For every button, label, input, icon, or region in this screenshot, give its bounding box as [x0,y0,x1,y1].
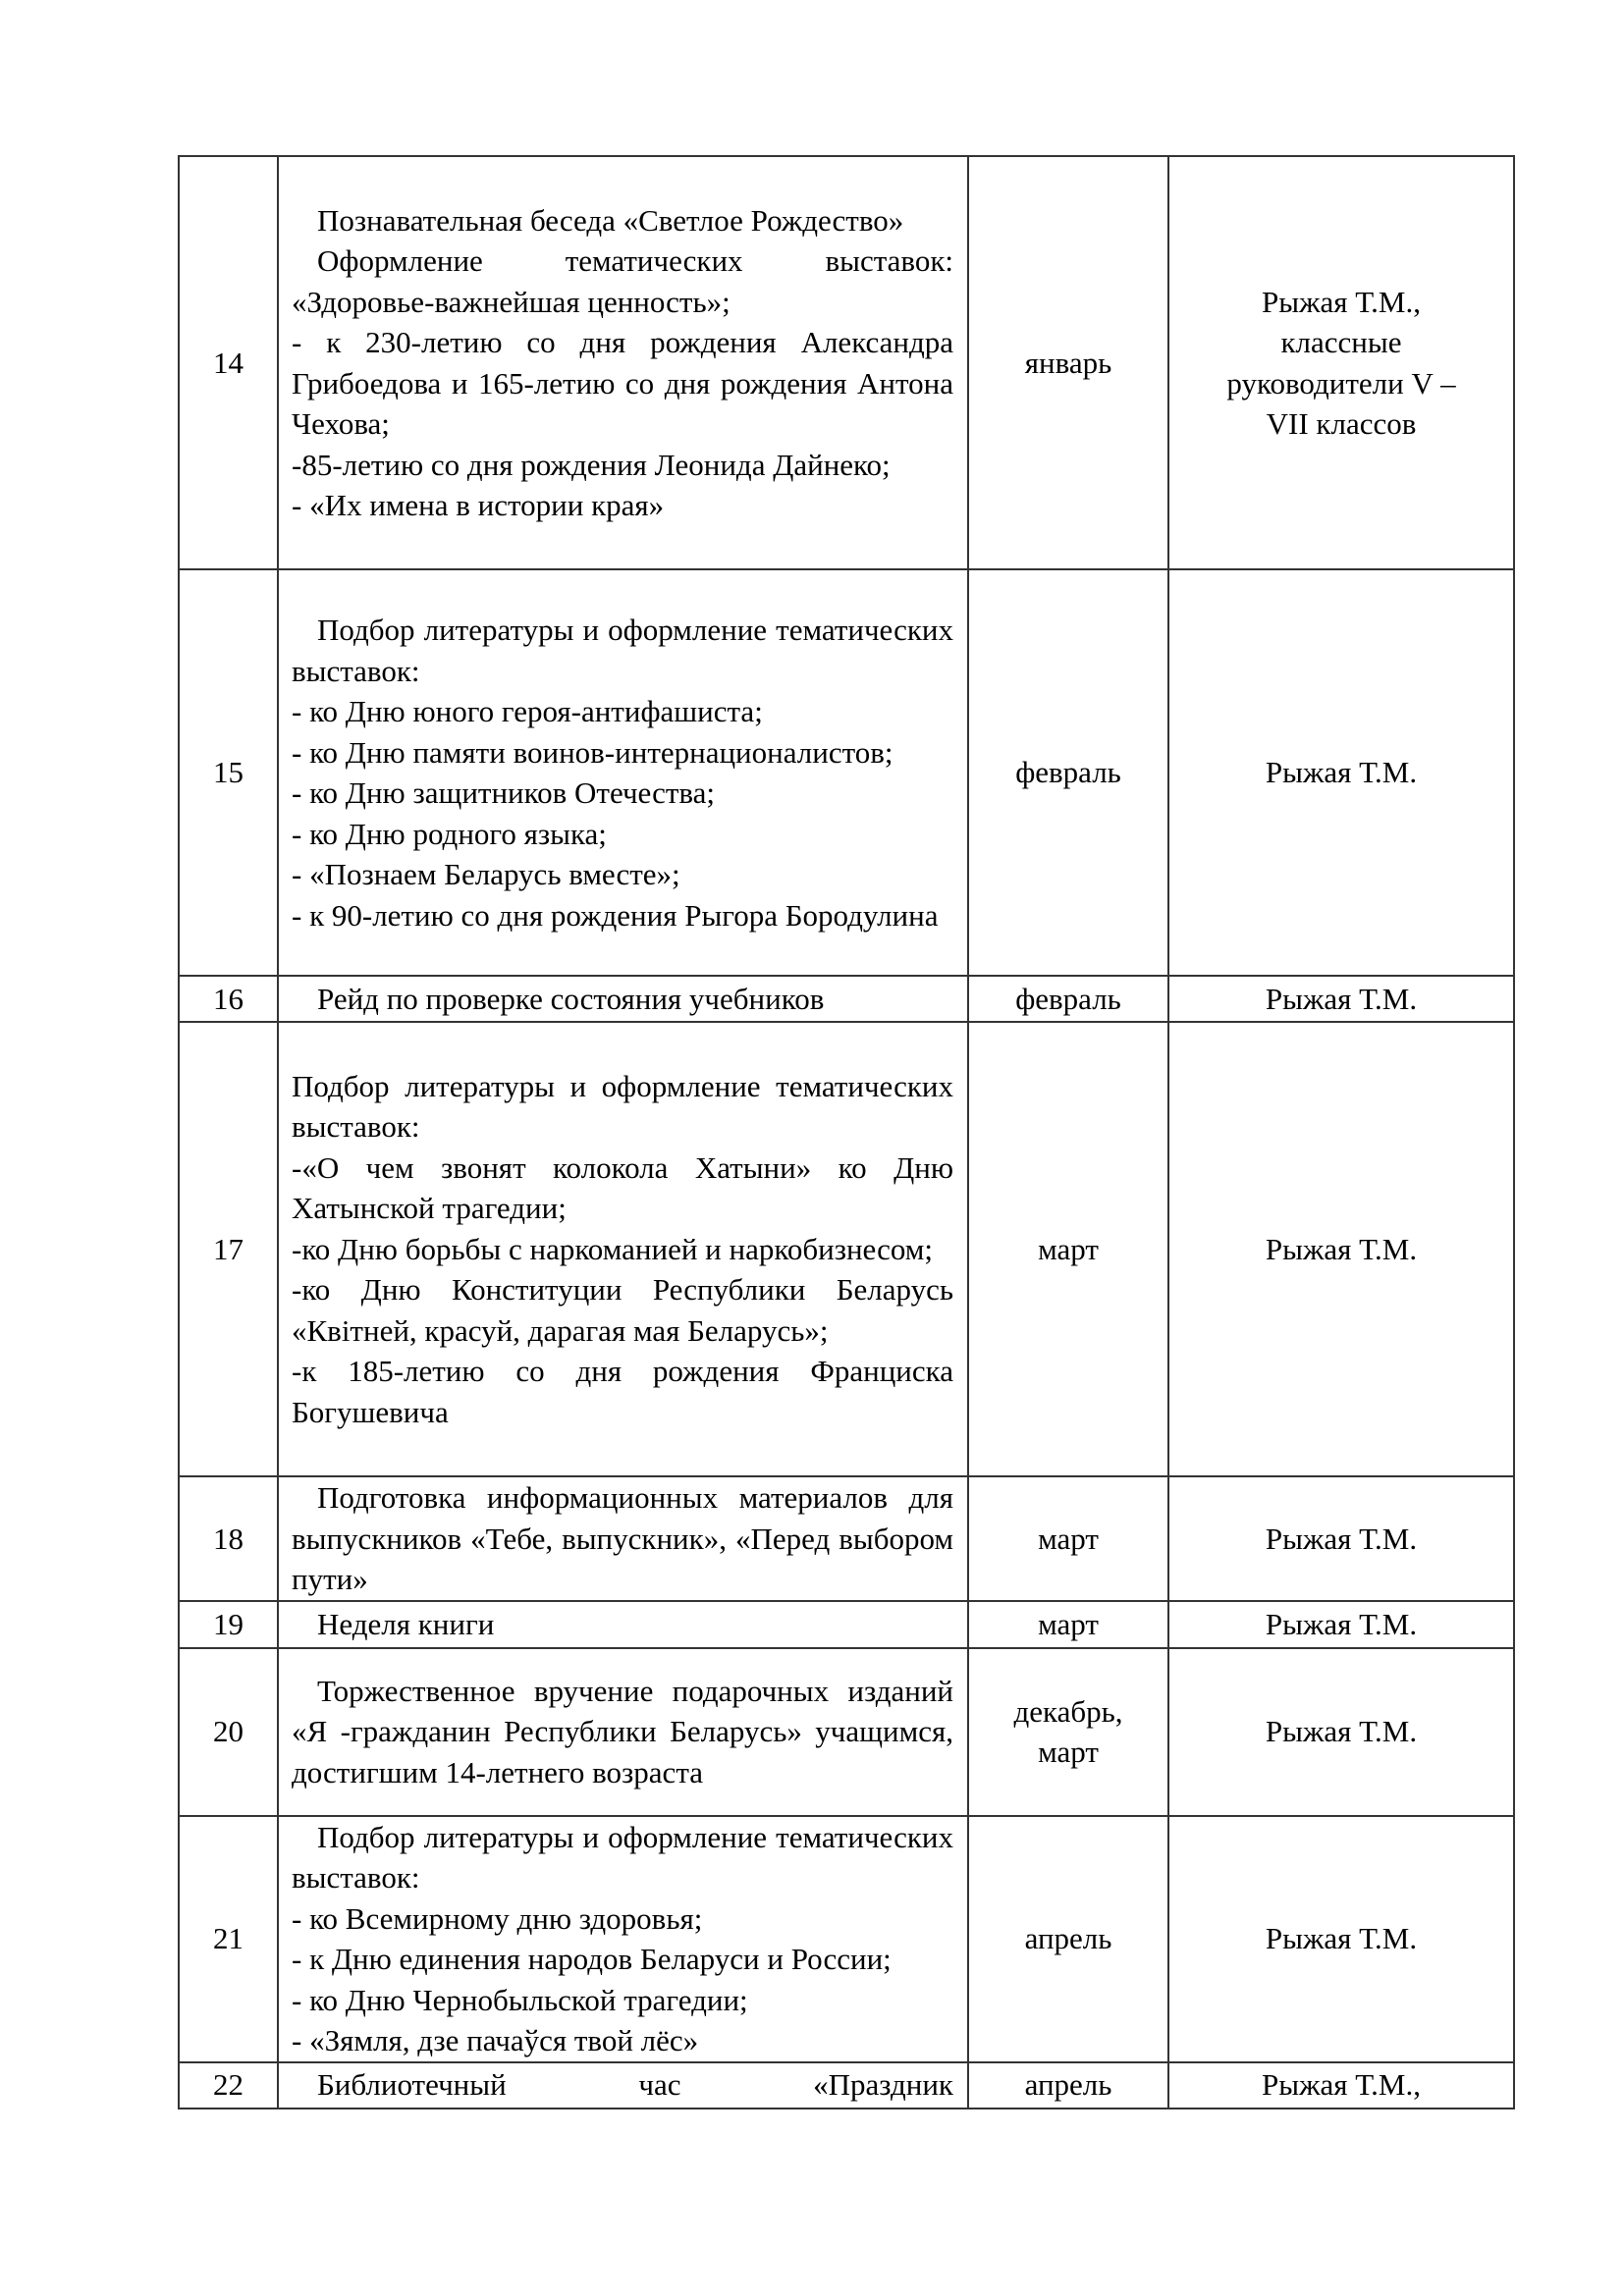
event-description-paragraph: -85-летию со дня рождения Леонида Дайнек… [292,445,953,486]
responsible-person-cell: Рыжая Т.М. [1168,1476,1514,1601]
row-number-cell: 20 [179,1648,278,1816]
events-plan-table: 14 Познавательная беседа «Светлое Рождес… [178,155,1515,2109]
event-description-paragraph: Торжественное вручение подарочных издани… [292,1671,953,1793]
event-date-cell: март [968,1476,1168,1601]
event-description-cell: Подбор литературы и оформление тематичес… [278,569,968,976]
row-number-cell: 16 [179,976,278,1022]
event-description-cell: Подбор литературы и оформление тематичес… [278,1022,968,1476]
responsible-person: Рыжая Т.М. [1181,1604,1501,1645]
event-description-cell: Познавательная беседа «Светлое Рождество… [278,156,968,569]
event-description-paragraph: Библиотечный час «Праздник [292,2064,953,2106]
event-description-paragraph: - к 230-летию со дня рождения Александра… [292,322,953,445]
table-row: 21 Подбор литературы и оформление темати… [179,1816,1514,2062]
event-date-cell: апрель [968,1816,1168,2062]
event-description-paragraph: - ко Дню защитников Отечества; [292,773,953,814]
event-date-cell: декабрь,март [968,1648,1168,1816]
responsible-person: руководители V – [1181,363,1501,404]
table-body: 14 Познавательная беседа «Светлое Рождес… [179,156,1514,2109]
responsible-person: Рыжая Т.М. [1181,979,1501,1020]
event-date: март [981,1732,1156,1773]
event-date-cell: апрель [968,2062,1168,2109]
event-date-cell: март [968,1601,1168,1648]
event-description-paragraph: Оформление тематических выставок: «Здоро… [292,240,953,322]
event-description-paragraph: -к 185-летию со дня рождения Франциска Б… [292,1351,953,1432]
event-description-paragraph: - ко Дню юного героя-антифашиста; [292,691,953,732]
event-description-paragraph: - к Дню единения народов Беларуси и Росс… [292,1939,953,1980]
row-number: 14 [213,346,244,380]
event-description-paragraph: Неделя книги [292,1604,953,1645]
event-description-paragraph: - ко Дню Чернобыльской трагедии; [292,1980,953,2021]
table-row: 14 Познавательная беседа «Светлое Рождес… [179,156,1514,569]
responsible-person-cell: Рыжая Т.М. [1168,569,1514,976]
responsible-person: классные [1181,322,1501,363]
event-date: апрель [981,1918,1156,1959]
event-date: февраль [981,979,1156,1020]
event-description-paragraph: - ко Всемирному дню здоровья; [292,1898,953,1940]
event-description-paragraph: Подбор литературы и оформление тематичес… [292,610,953,691]
event-description-paragraph: - ко Дню памяти воинов-интернационалисто… [292,732,953,774]
table-row: 15 Подбор литературы и оформление темати… [179,569,1514,976]
responsible-person-cell: Рыжая Т.М., [1168,2062,1514,2109]
responsible-person: VII классов [1181,403,1501,445]
responsible-person-cell: Рыжая Т.М. [1168,1601,1514,1648]
event-description-paragraph: -«О чем звонят колокола Хатыни» ко Дню Х… [292,1148,953,1229]
row-number-cell: 22 [179,2062,278,2109]
row-number: 19 [213,1607,244,1641]
responsible-person: Рыжая Т.М. [1181,1711,1501,1752]
event-date-cell: март [968,1022,1168,1476]
event-description-cell: Неделя книги [278,1601,968,1648]
event-description-paragraph: Подготовка информационных материалов для… [292,1477,953,1600]
event-date: апрель [981,2064,1156,2106]
event-description-paragraph: -ко Дню борьбы с наркоманией и наркобизн… [292,1229,953,1270]
event-description-cell: Подготовка информационных материалов для… [278,1476,968,1601]
event-date-cell: февраль [968,569,1168,976]
row-number: 17 [213,1232,244,1266]
event-description-cell: Торжественное вручение подарочных издани… [278,1648,968,1816]
responsible-person: Рыжая Т.М. [1181,1918,1501,1959]
event-description-paragraph: - «Их имена в истории края» [292,485,953,526]
event-description-cell: Рейд по проверке состояния учебников [278,976,968,1022]
responsible-person: Рыжая Т.М. [1181,752,1501,793]
event-date: декабрь, [981,1691,1156,1733]
responsible-person: Рыжая Т.М. [1181,1519,1501,1560]
table-row: 22 Библиотечный час «Праздник апрель Рыж… [179,2062,1514,2109]
event-date-cell: февраль [968,976,1168,1022]
event-description-paragraph: - «Зямля, дзе пачаўся твой лёс» [292,2020,953,2061]
table-row: 18 Подготовка информационных материалов … [179,1476,1514,1601]
event-date: март [981,1229,1156,1270]
row-number-cell: 18 [179,1476,278,1601]
responsible-person: Рыжая Т.М. [1181,1229,1501,1270]
event-date-cell: январь [968,156,1168,569]
event-date: февраль [981,752,1156,793]
row-number-cell: 15 [179,569,278,976]
event-date: январь [981,343,1156,384]
row-number: 20 [213,1714,244,1748]
responsible-person-cell: Рыжая Т.М.,классныеруководители V –VII к… [1168,156,1514,569]
table-row: 20 Торжественное вручение подарочных изд… [179,1648,1514,1816]
event-description-paragraph: - «Познаем Беларусь вместе»; [292,854,953,895]
event-description-paragraph: - к 90-летию со дня рождения Рыгора Боро… [292,895,953,936]
event-description-paragraph: Познавательная беседа «Светлое Рождество… [292,200,953,241]
row-number: 21 [213,1921,244,1955]
row-number-cell: 14 [179,156,278,569]
responsible-person-cell: Рыжая Т.М. [1168,1648,1514,1816]
responsible-person: Рыжая Т.М., [1181,282,1501,323]
event-date: март [981,1604,1156,1645]
table-row: 16 Рейд по проверке состояния учебников … [179,976,1514,1022]
row-number-cell: 21 [179,1816,278,2062]
responsible-person-cell: Рыжая Т.М. [1168,1022,1514,1476]
event-description-paragraph: -ко Дню Конституции Республики Беларусь … [292,1269,953,1351]
row-number-cell: 19 [179,1601,278,1648]
responsible-person-cell: Рыжая Т.М. [1168,976,1514,1022]
table-row: 19 Неделя книги март Рыжая Т.М. [179,1601,1514,1648]
row-number: 16 [213,982,244,1016]
responsible-person: Рыжая Т.М., [1181,2064,1501,2106]
event-date: март [981,1519,1156,1560]
event-description-paragraph: - ко Дню родного языка; [292,814,953,855]
event-description-cell: Библиотечный час «Праздник [278,2062,968,2109]
event-description-paragraph: Рейд по проверке состояния учебников [292,979,953,1020]
document-page: 14 Познавательная беседа «Светлое Рождес… [0,0,1624,2296]
row-number: 18 [213,1522,244,1556]
table-row: 17 Подбор литературы и оформление темати… [179,1022,1514,1476]
row-number: 22 [213,2067,244,2102]
event-description-paragraph: Подбор литературы и оформление тематичес… [292,1817,953,1898]
responsible-person-cell: Рыжая Т.М. [1168,1816,1514,2062]
row-number-cell: 17 [179,1022,278,1476]
row-number: 15 [213,755,244,789]
event-description-paragraph: Подбор литературы и оформление тематичес… [292,1066,953,1148]
event-description-cell: Подбор литературы и оформление тематичес… [278,1816,968,2062]
